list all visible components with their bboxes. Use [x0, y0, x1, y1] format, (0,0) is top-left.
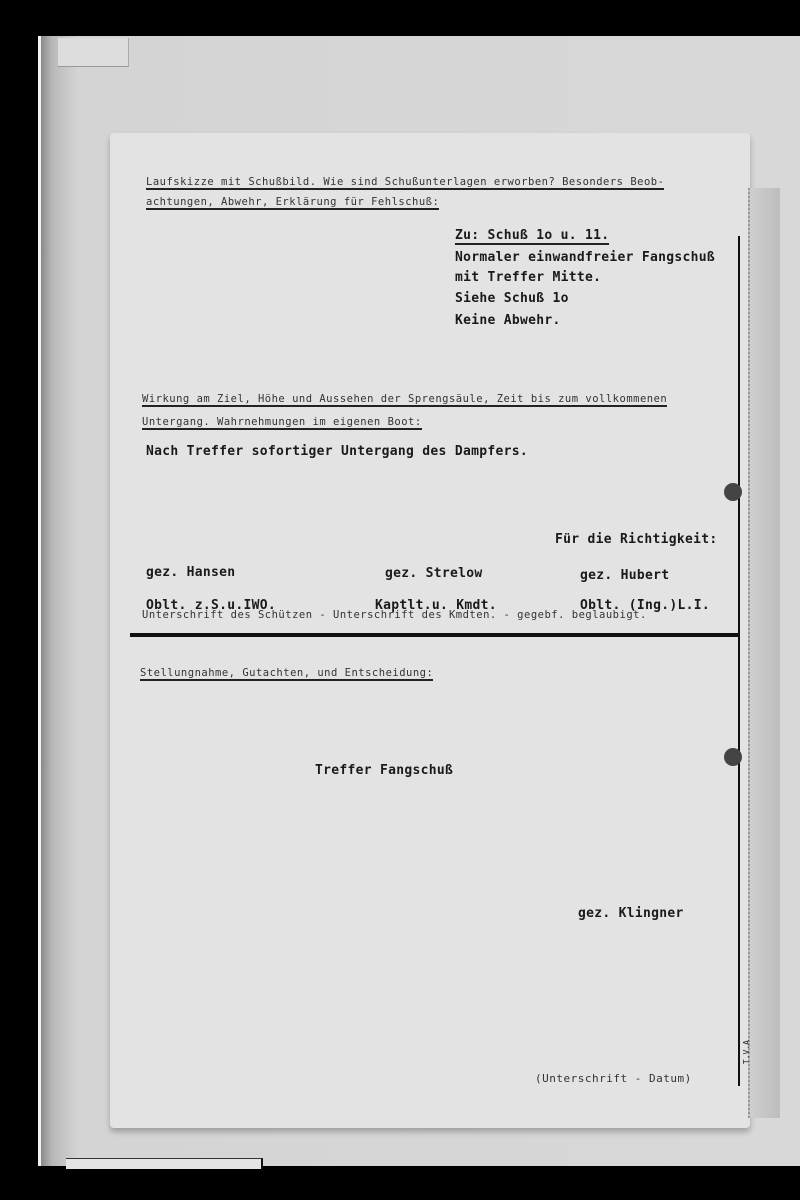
footer-caption: (Unterschrift - Datum)	[535, 1072, 692, 1085]
margin-stamp: T.V.A	[742, 1040, 751, 1064]
margin-line	[738, 236, 740, 1086]
punch-hole	[724, 483, 742, 501]
folder-tab	[58, 38, 129, 67]
section1-line: mit Treffer Mitte.	[455, 270, 601, 285]
section1-label-line2: achtungen, Abwehr, Erklärung für Fehlsch…	[146, 196, 439, 210]
signature-name: gez. Hubert	[580, 568, 669, 583]
perforated-edge	[748, 188, 780, 1118]
section1-line: Keine Abwehr.	[455, 313, 561, 328]
punch-hole	[724, 748, 742, 766]
section2-content: Nach Treffer sofortiger Untergang des Da…	[146, 444, 528, 459]
section1-line: Normaler einwandfreier Fangschuß	[455, 250, 715, 265]
section2-label-line2: Untergang. Wahrnehmungen im eigenen Boot…	[142, 416, 422, 430]
signature-caption: Unterschrift des Schützen - Unterschrift…	[142, 609, 647, 621]
section3-label: Stellungnahme, Gutachten, und Entscheidu…	[140, 667, 433, 681]
signature-name: gez. Hansen	[146, 565, 235, 580]
signature-name: gez. Strelow	[385, 566, 483, 581]
section1-line: Zu: Schuß 1o u. 11.	[455, 228, 609, 245]
section1-label: Laufskizze mit Schußbild. Wie sind Schuß…	[146, 176, 664, 190]
section3-content: Treffer Fangschuß	[315, 763, 453, 778]
section-divider	[130, 633, 740, 637]
section3-signature: gez. Klingner	[578, 906, 684, 921]
form-page	[110, 133, 750, 1128]
certification-label: Für die Richtigkeit:	[555, 532, 718, 547]
section2-label: Wirkung am Ziel, Höhe und Aussehen der S…	[142, 393, 667, 407]
section1-line: Siehe Schuß 1o	[455, 291, 569, 306]
bottom-slip	[66, 1158, 263, 1169]
